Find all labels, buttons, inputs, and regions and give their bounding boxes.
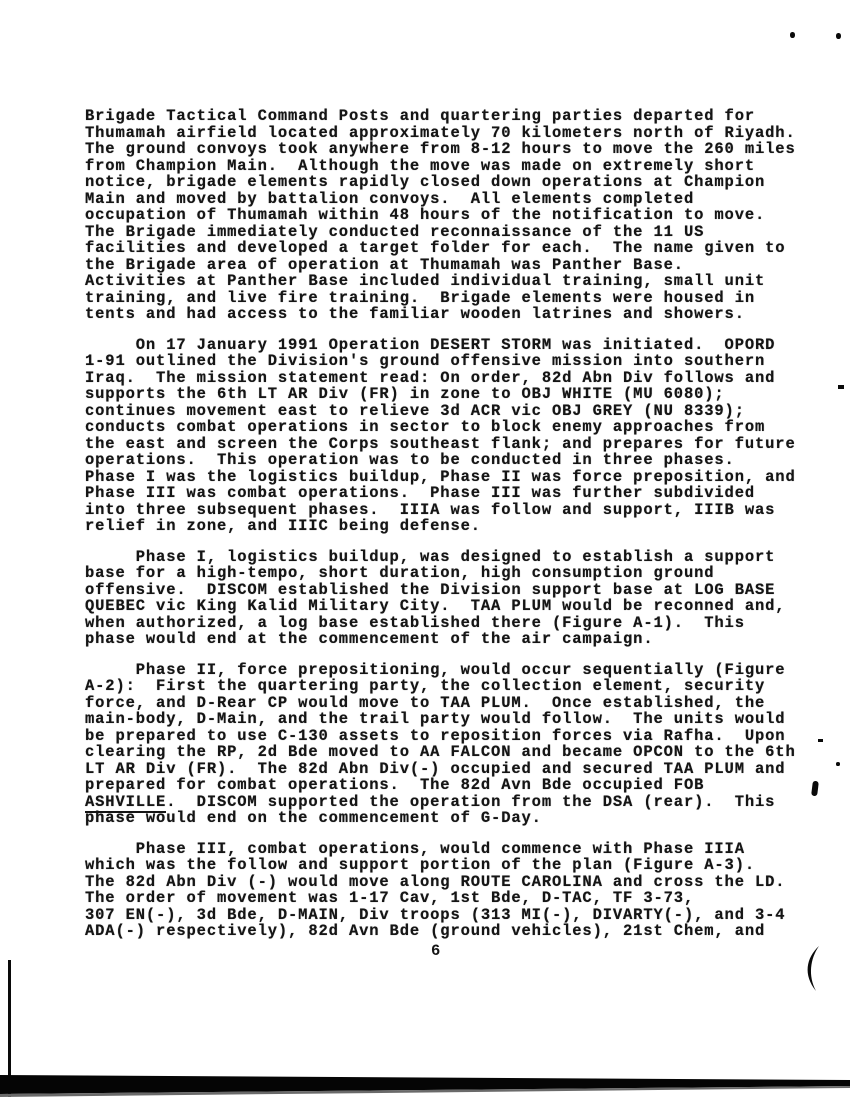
scan-artifact-bottom-bar <box>0 0 850 1097</box>
scanned-document-page: Brigade Tactical Command Posts and quart… <box>0 0 850 1097</box>
